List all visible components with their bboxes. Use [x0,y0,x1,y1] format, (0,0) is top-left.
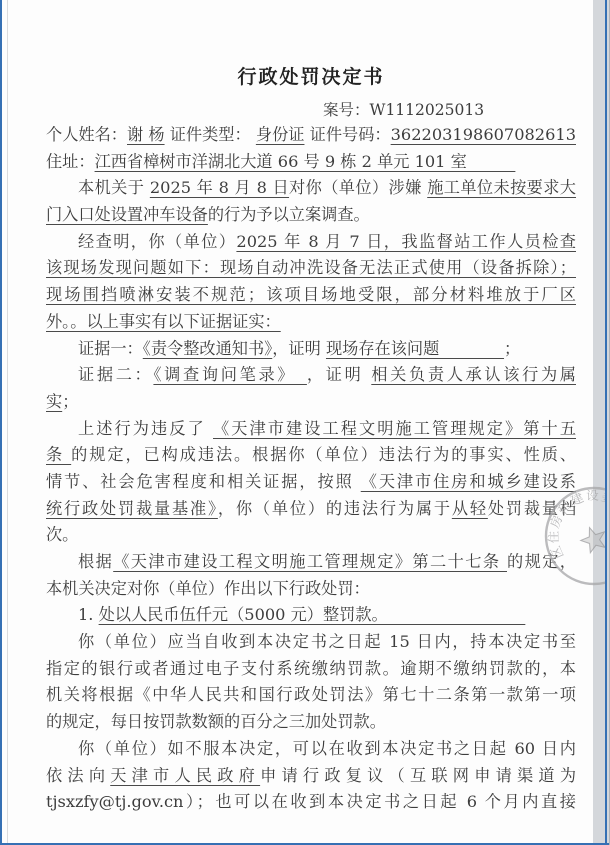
text-run: 上述行为违反了 [78,419,213,438]
doc-line: 证据一：《责令整改通知书》，证明 现场存在该问题 ； [46,336,576,363]
scan-right-blue-line [605,0,607,845]
filled-blank: 谢 杨 [127,125,165,144]
doc-line: 统行政处罚裁量基准》，你（单位）的违法行为属于从轻处罚裁量档 [46,496,576,523]
text-run: 的规定，已构成违法。根据你（单位）违法行为的事实、性质、 [71,445,576,464]
doc-line: 经查明，你（单位）2025 年 8 月 7 日，我监督站工作人员检查 [46,229,576,256]
text-run: 证件号码： [304,125,390,144]
scan-left-gray-line [7,0,8,845]
text-run: 的规定，每日按罚款数额的百分之三加处罚款。 [46,712,386,731]
filled-blank: 《调查询问笔录》 [153,365,306,384]
doc-line: 本机关于 2025 年 8 月 8 日对你（单位）涉嫌 施工单位未按要求大 [46,175,576,202]
filled-blank: 《责令整改通知书》 [143,339,273,358]
text-run: 你（单位）如不服本决定，可以在收到本决定书之日起 60 日内 [78,739,576,758]
filled-blank: 条 [46,445,71,464]
seal-star-icon [578,523,605,554]
text-run: 对你（单位）涉嫌 [289,178,427,197]
text-run: 机关将根据《中华人民共和国行政处罚法》第七十二条第一款第一项 [46,685,576,704]
text-run: 证据二： [78,365,153,384]
text-run: 住址： [46,152,95,171]
filled-blank: 门入口处设置冲车设备 [46,205,208,224]
filled-blank: 该现场发现问题如下：现场自动冲洗设备无法正式使用（设备拆除）； [46,258,576,277]
document-page: 行政处罚决定书 案号：W1112025013 个人姓名：谢 杨 证件类型： 身份… [0,0,610,845]
text-run: ； [504,339,520,358]
doc-line: 次。 [46,522,576,549]
filled-blank: 362203198607082613 [391,125,576,144]
case-number-line: 案号：W1112025013 [46,100,576,120]
filled-blank: 统行政处罚裁量基准》 [46,499,218,518]
text-run: 本机关决定对你（单位）作出以下行政处罚： [46,579,370,598]
text-run: 依法向 [46,766,110,785]
scan-left-blue-line [0,0,2,845]
filled-blank: 实 [46,392,62,411]
filled-blank: 相关负责人承认该行为属 [371,365,576,384]
seal-text-arc: 区住房和建设委员会 [543,483,605,563]
text-run: ，你（单位）的违法行为属于 [218,499,452,518]
filled-blank: 身份证 [256,125,305,144]
seal-text: 区住房和建设委员会 [543,483,605,563]
text-run: 的行为予以立案调查。 [208,205,370,224]
doc-line: tjsxzfy@tj.gov.cn）；也可以在收到本决定书之日起 6 个月内直接 [46,789,576,816]
case-number-label: 案号： [323,101,370,119]
doc-title: 行政处罚决定书 [46,64,576,90]
doc-line: 依法向天津市人民政府申请行政复议（互联网申请渠道为 [46,763,576,790]
text-run: ，证明 [307,365,371,384]
doc-body: 个人姓名：谢 杨 证件类型： 身份证 证件号码：3622031986070826… [46,122,576,816]
doc-line: 情节、社会危害程度和相关证据，按照 《天津市住房和城乡建设系 [46,469,576,496]
text-run: 经查明，你（单位） [78,232,236,251]
doc-line: 门入口处设置冲车设备的行为予以立案调查。 [46,202,576,229]
text-run: 1. [78,605,99,624]
text-run: 次。 [46,525,78,544]
doc-line: 上述行为违反了 《天津市建设工程文明施工管理规定》第十五 [46,416,576,443]
doc-line: 住址：江西省樟树市洋湖北大道 66 号 9 栋 2 单元 101 室 [46,149,576,176]
filled-blank: 现场围挡喷淋安装不规范；该项目场地受限，部分材料堆放于厂区 [46,285,576,304]
doc-line: 的规定，每日按罚款数额的百分之三加处罚款。 [46,709,576,736]
text-run: 证件类型： [165,125,256,144]
doc-line: 个人姓名：谢 杨 证件类型： 身份证 证件号码：3622031986070826… [46,122,576,149]
filled-blank: 《天津市建设工程文明施工管理规定》第十五 [213,419,576,438]
doc-line: 条 的规定，已构成违法。根据你（单位）违法行为的事实、性质、 [46,442,576,469]
filled-blank: 外。。以上事实有以下证据证实： [46,312,281,331]
filled-blank: 2025 年 8 月 7 日，我监督站工作人员检查 [236,232,576,251]
doc-line: 1. 处以人民币伍仟元（5000 元）整罚款。 [46,602,576,629]
doc-line: 外。。以上事实有以下证据证实： [46,309,576,336]
text-run: 证据一： [78,339,143,358]
text-run: 根据 [78,552,113,571]
doc-line: 机关将根据《中华人民共和国行政处罚法》第七十二条第一款第一项 [46,682,576,709]
text-run: 本机关于 [78,178,150,197]
filled-blank: 《天津市建设工程文明施工管理规定》第二十七条 [113,552,507,571]
filled-blank: 从轻 [452,499,488,518]
case-number-value: W1112025013 [370,101,485,119]
text-run: 申请行政复议（互联网申请渠道为 [260,766,576,785]
text-run: 个人姓名： [46,125,127,144]
doc-line: 现场围挡喷淋安装不规范；该项目场地受限，部分材料堆放于厂区 [46,282,576,309]
seal-graphic: 区住房和建设委员会 [543,483,605,595]
text-run: tjsxzfy@tj.gov.cn）；也可以在收到本决定书之日起 6 个月内直接 [46,792,576,811]
text-run: 你（单位）应当自收到本决定书之日起 15 日内，持本决定书至 [78,632,576,651]
filled-blank: 现场存在该问题 [326,339,504,358]
svg-text:区住房和建设委员会: 区住房和建设委员会 [543,483,605,563]
doc-line: 根据《天津市建设工程文明施工管理规定》第二十七条 的规定， [46,549,576,576]
doc-line: 你（单位）应当自收到本决定书之日起 15 日内，持本决定书至 [46,629,576,656]
doc-line: 指定的银行或者通过电子支付系统缴纳罚款。逾期不缴纳罚款的，本 [46,656,576,683]
filled-blank: 江西省樟树市洋湖北大道 66 号 9 栋 2 单元 101 室 [95,152,516,171]
text-run: ； [62,392,78,411]
text-run: ，证明 [272,339,326,358]
scan-right-strip [593,0,610,845]
doc-line: 本机关决定对你（单位）作出以下行政处罚： [46,576,576,603]
filled-blank: 处以人民币伍仟元（5000 元）整罚款。 [99,605,526,624]
doc-line: 证据二：《调查询问笔录》 ，证明 相关负责人承认该行为属 [46,362,576,389]
document-content: 行政处罚决定书 案号：W1112025013 个人姓名：谢 杨 证件类型： 身份… [46,64,576,816]
doc-line: 该现场发现问题如下：现场自动冲洗设备无法正式使用（设备拆除）； [46,255,576,282]
text-run: 指定的银行或者通过电子支付系统缴纳罚款。逾期不缴纳罚款的，本 [46,659,576,678]
filled-blank: 施工单位未按要求大 [427,178,576,197]
text-run: 情节、社会危害程度和相关证据，按照 [46,472,361,491]
filled-blank: 天津市人民政府 [110,766,260,785]
doc-line: 实； [46,389,576,416]
official-seal: 区住房和建设委员会 [543,483,605,595]
doc-line: 你（单位）如不服本决定，可以在收到本决定书之日起 60 日内 [46,736,576,763]
filled-blank: 2025 年 8 月 8 日 [150,178,289,197]
